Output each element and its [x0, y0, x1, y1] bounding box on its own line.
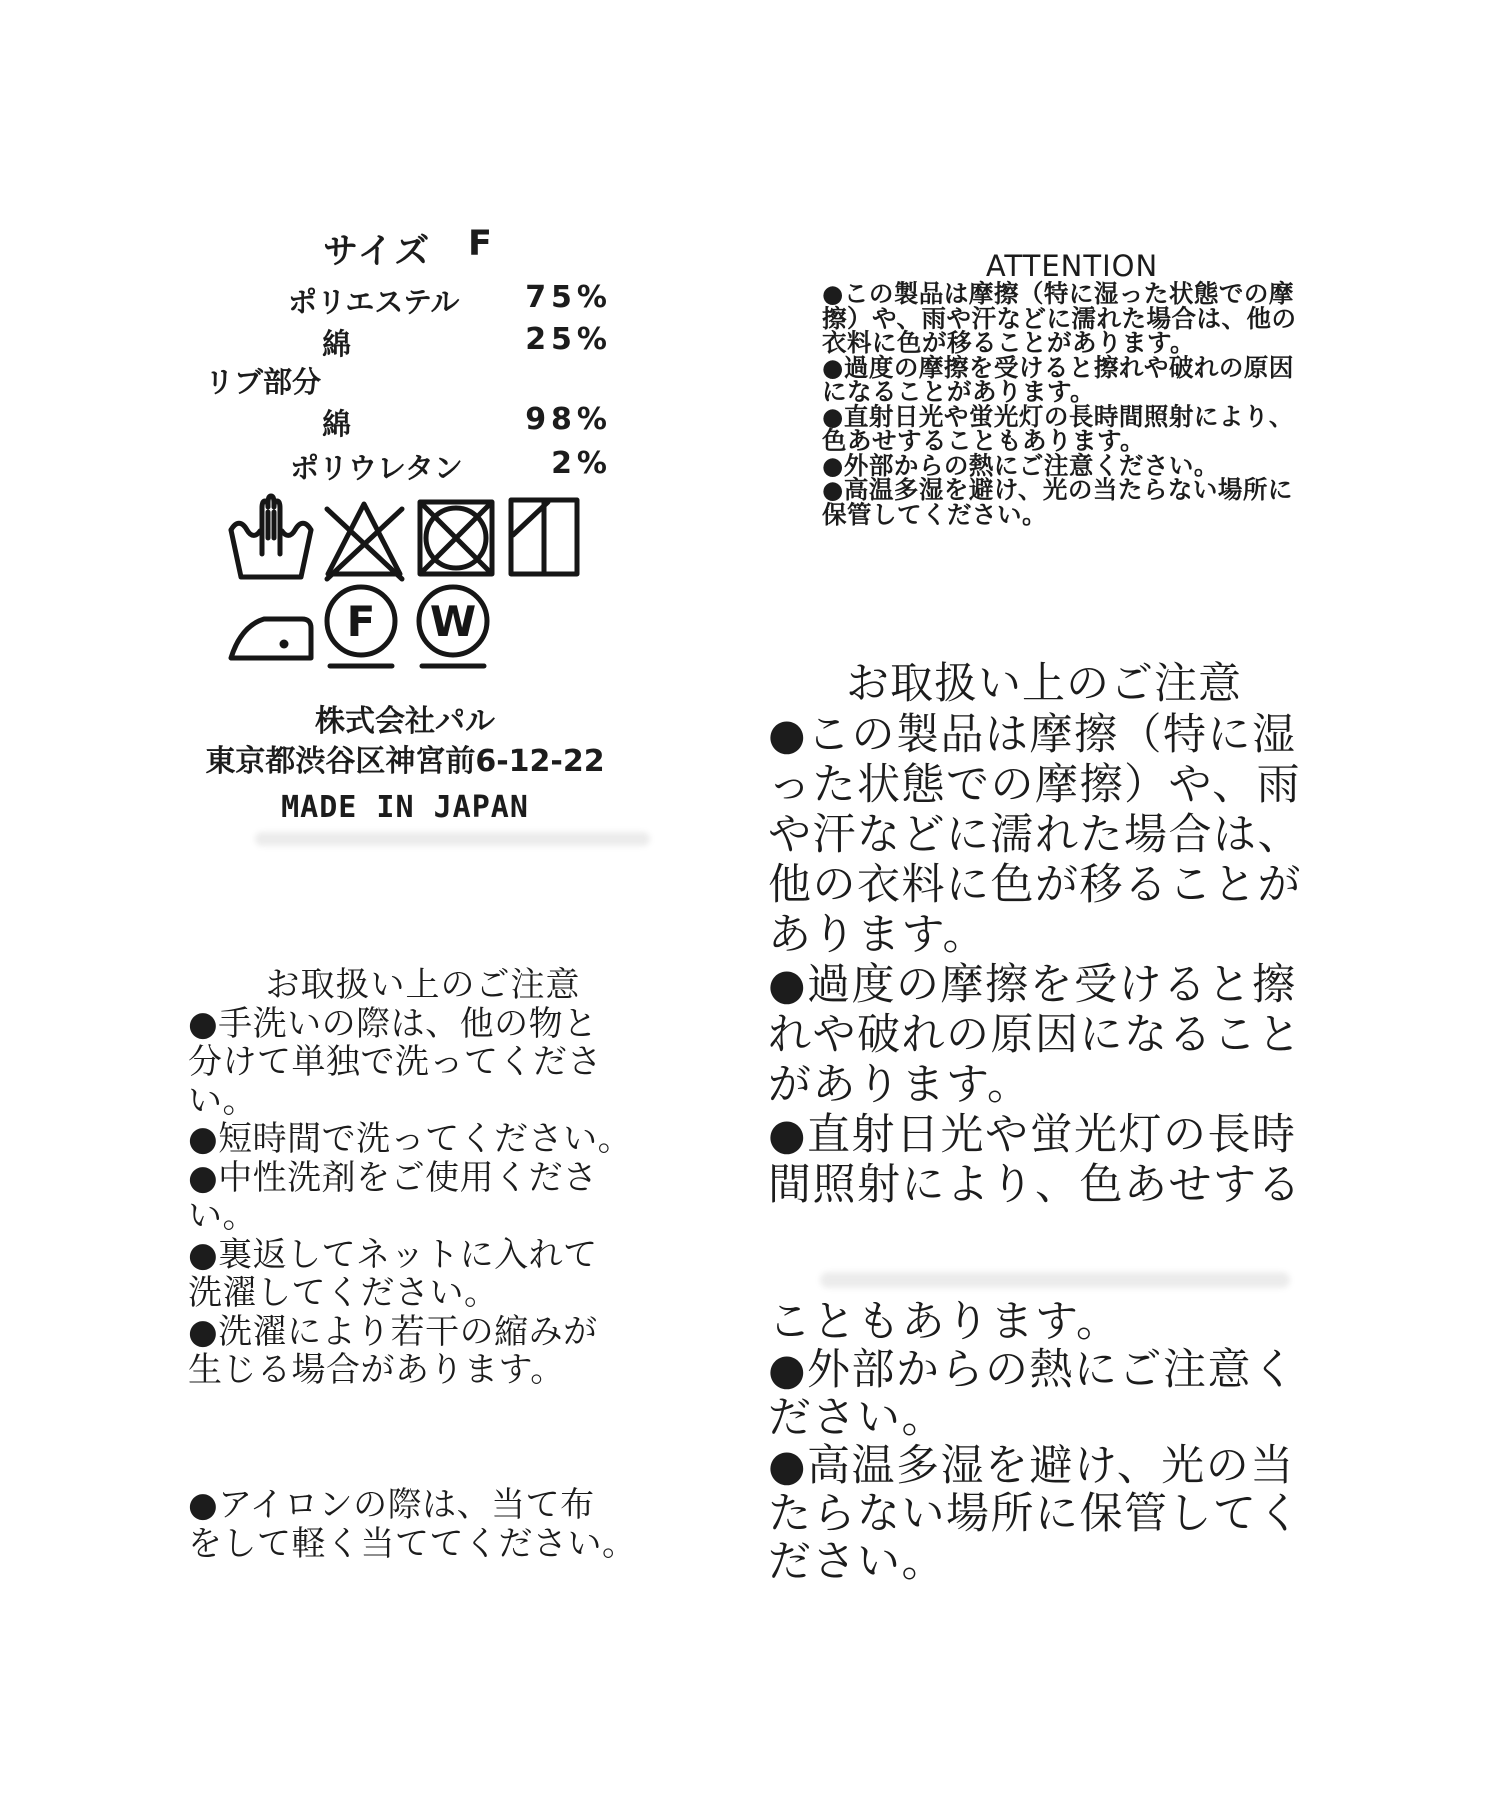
attention-line: になることがあります。 — [822, 380, 1322, 405]
attention-line: ●高温多湿を避け、光の当たらない場所に — [822, 478, 1322, 503]
wash-note-line: ●中性洗剤をご使用くださ — [188, 1159, 658, 1198]
composition-row: 綿 98% — [0, 402, 612, 442]
material-value: 25% — [525, 322, 612, 357]
material-label: ポリウレタン — [290, 446, 463, 487]
bleed-through-artifact — [820, 1272, 1290, 1288]
handling-note-line: ださい。 — [768, 1394, 1320, 1442]
attention-section: ATTENTION ●この製品は摩擦（特に湿った状態での摩 擦）や、雨や汗などに… — [822, 250, 1322, 527]
composition-row: 綿 25% — [0, 322, 612, 362]
svg-text:F: F — [347, 597, 376, 646]
iron-note-section: ●アイロンの際は、当て布 をして軽く当ててください。 — [188, 1486, 678, 1563]
handling-note-line: ●直射日光や蛍光灯の長時 — [768, 1110, 1320, 1160]
company-name: 株式会社パル — [170, 696, 640, 740]
composition-row: ポリウレタン 2% — [0, 446, 612, 486]
iron-low-heat-icon — [226, 596, 316, 664]
handling-note-line: 他の衣料に色が移ることが — [768, 860, 1320, 910]
material-value: 2% — [551, 446, 612, 481]
handling-note-line: ●高温多湿を避け、光の当 — [768, 1442, 1320, 1490]
attention-line: 保管してください。 — [822, 503, 1322, 528]
material-label: ポリエステル — [288, 280, 459, 321]
material-label: 綿 — [322, 402, 351, 443]
handling-note-line: ●この製品は摩擦（特に湿 — [768, 710, 1320, 760]
wet-clean-gentle-icon: W — [416, 584, 492, 672]
attention-line: ●この製品は摩擦（特に湿った状態での摩 — [822, 282, 1322, 307]
iron-note-line: ●アイロンの際は、当て布 — [188, 1486, 678, 1525]
size-value: F — [468, 224, 492, 264]
wash-note-line: 生じる場合があります。 — [188, 1351, 658, 1390]
do-not-tumble-dry-icon — [412, 494, 500, 582]
wash-note-line: ●裏返してネットに入れて — [188, 1236, 658, 1275]
wash-note-line: 洗濯してください。 — [188, 1274, 658, 1313]
composition-row: リブ部分 — [0, 360, 612, 400]
wash-note-line: い。 — [188, 1197, 658, 1236]
handling-notes-continued: こともあります。 ●外部からの熱にご注意く ださい。 ●高温多湿を避け、光の当 … — [768, 1298, 1320, 1586]
wash-notes-section: お取扱い上のご注意 ●手洗いの際は、他の物と 分けて単独で洗ってくださ い。 ●… — [188, 966, 658, 1390]
handling-note-line: があります。 — [768, 1060, 1320, 1110]
handling-note-line: こともあります。 — [768, 1298, 1320, 1346]
company-address: 東京都渋谷区神宮前6-12-22 — [170, 736, 640, 780]
attention-line: 衣料に色が移ることがあります。 — [822, 331, 1322, 356]
wash-note-line: ●手洗いの際は、他の物と — [188, 1005, 658, 1044]
size-label: サイズ — [323, 224, 431, 274]
material-label: 綿 — [322, 322, 351, 363]
bleed-through-artifact — [255, 832, 650, 846]
line-dry-in-shade-icon — [508, 497, 580, 577]
handling-note-line: 間照射により、色あせする — [768, 1160, 1320, 1210]
attention-line: 色あせすることもあります。 — [822, 429, 1322, 454]
hand-wash-icon — [226, 490, 316, 582]
wash-note-line: ●短時間で洗ってください。 — [188, 1120, 658, 1159]
handling-note-line: あります。 — [768, 910, 1320, 960]
attention-title: ATTENTION — [822, 250, 1322, 282]
made-in-japan: MADE IN JAPAN — [170, 790, 640, 825]
handling-note-line: ださい。 — [768, 1538, 1320, 1586]
handling-notes-title: お取扱い上のご注意 — [768, 658, 1320, 710]
material-value: 75% — [525, 280, 612, 315]
material-label: リブ部分 — [205, 360, 321, 401]
wash-note-line: い。 — [188, 1082, 658, 1121]
svg-text:W: W — [430, 597, 476, 646]
dry-clean-f-gentle-icon: F — [324, 584, 400, 672]
handling-note-line: れや破れの原因になること — [768, 1010, 1320, 1060]
handling-note-line: や汗などに濡れた場合は、 — [768, 810, 1320, 860]
handling-note-line: たらない場所に保管してく — [768, 1490, 1320, 1538]
material-value: 98% — [525, 402, 612, 437]
handling-note-line: ●外部からの熱にご注意く — [768, 1346, 1320, 1394]
size-row: サイズ F — [0, 224, 612, 264]
care-label-scan: サイズ F ポリエステル 75% 綿 25% リブ部分 綿 98% ポリウレタン… — [0, 0, 1500, 1800]
wash-note-line: 分けて単独で洗ってくださ — [188, 1043, 658, 1082]
wash-notes-title: お取扱い上のご注意 — [188, 966, 658, 1005]
wash-note-line: ●洗濯により若干の縮みが — [188, 1313, 658, 1352]
do-not-bleach-icon — [318, 494, 410, 582]
handling-note-line: ●過度の摩擦を受けると擦 — [768, 960, 1320, 1010]
iron-note-line: をして軽く当ててください。 — [188, 1525, 678, 1564]
handling-notes-section: お取扱い上のご注意 ●この製品は摩擦（特に湿 った状態での摩擦）や、雨 や汗など… — [768, 658, 1320, 1210]
composition-row: ポリエステル 75% — [0, 280, 612, 320]
handling-note-line: った状態での摩擦）や、雨 — [768, 760, 1320, 810]
